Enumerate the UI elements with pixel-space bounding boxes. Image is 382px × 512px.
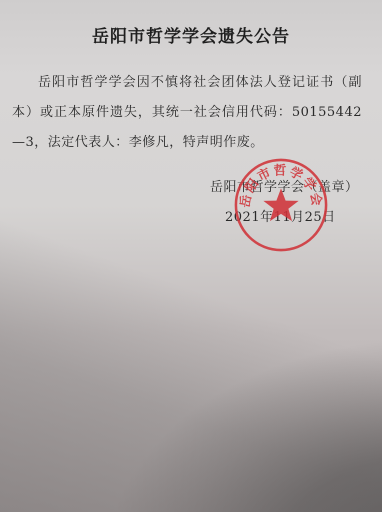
official-seal-icon: 岳阳市哲学学会 xyxy=(232,156,330,254)
announcement-body: 岳阳市哲学学会因不慎将社会团体法人登记证书（副本）或正本原件遗失，其统一社会信用… xyxy=(12,68,362,158)
document-title: 岳阳市哲学学会遗失公告 xyxy=(0,22,382,47)
star-icon xyxy=(263,188,298,221)
